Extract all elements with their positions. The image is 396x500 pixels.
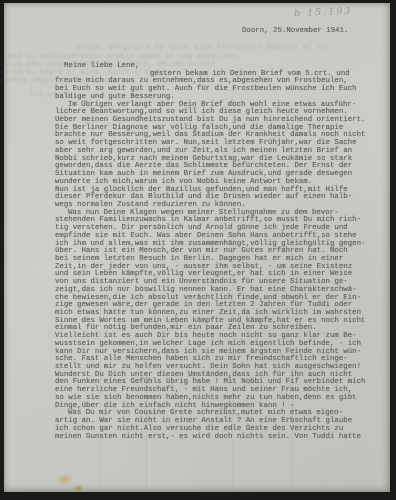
paper-crease	[100, 303, 101, 493]
dateline: Doorn, 25.November 1941.	[242, 27, 348, 35]
letter-line: meinen Gunsten nicht erst,- es wird doch…	[55, 434, 365, 442]
pencil-annotation: b 15.193	[294, 6, 353, 20]
paper-crease	[232, 73, 233, 493]
paper-crease	[146, 373, 147, 493]
paper-crease	[292, 398, 293, 493]
paper-stain	[73, 484, 84, 493]
bleed-through-line: –. mihen, vergelird en leide binn elafer…	[64, 44, 330, 52]
scan-background: –. mihen, vergelird en leide binn elafer…	[0, 0, 396, 500]
bleed-through-line: med in mohlisserseien arable somsh af in…	[8, 53, 238, 61]
letter-page: –. mihen, vergelird en leide binn elafer…	[4, 3, 390, 492]
paper-stain	[55, 472, 74, 487]
letter-body: Meine liebe Lene,gestern bekam ich Deine…	[55, 63, 365, 441]
